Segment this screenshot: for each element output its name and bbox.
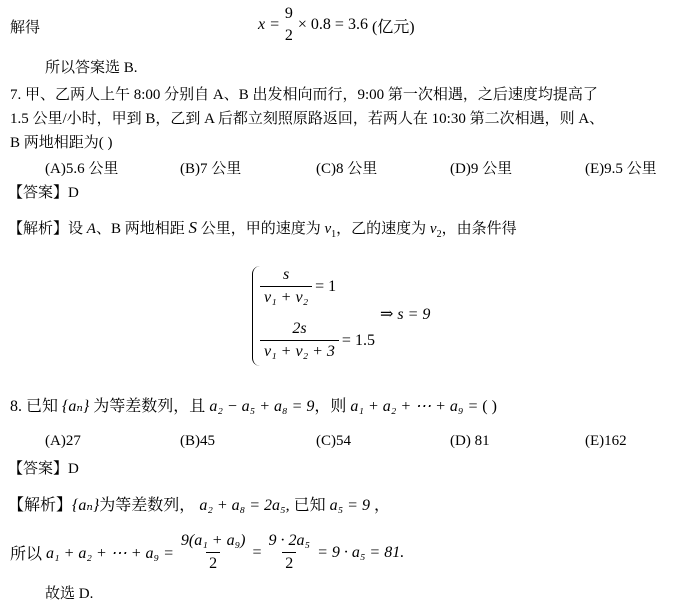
q8-analysis-known: , 已知 xyxy=(286,497,326,514)
deriv-prefix: 所以 xyxy=(10,541,42,564)
q7-option-a: (A)5.6 公里 xyxy=(45,157,118,178)
q7-analysis: 【解析】设 A、B 两地相距 S 公里，甲的速度为 v1，乙的速度为 v2，由条… xyxy=(8,217,517,240)
analysis-mid3: ，乙的速度为 xyxy=(336,221,430,237)
q8-analysis-mid: 为等差数列， xyxy=(99,497,195,514)
q8-analysis-eq: a₂ + a₈ = 2a₅ xyxy=(199,497,285,514)
eq2-rhs: = 1.5 xyxy=(342,332,375,350)
q7-line3: B 两地相距为( ) xyxy=(10,131,113,152)
eq1-rhs: = 1 xyxy=(315,278,336,296)
q8-target: a₁ + a₂ + ⋯ + a₉ = xyxy=(350,398,478,415)
q8-option-e: (E)162 xyxy=(585,433,627,450)
deriv-f1-num: 9(a₁ + a₉) xyxy=(178,530,249,552)
eq-lhs: x = xyxy=(258,16,280,34)
q7-answer: 【答案】D xyxy=(8,181,79,202)
q8-derivation: 所以 a₁ + a₂ + ⋯ + a₉ = 9(a₁ + a₉) 2 = 9 ·… xyxy=(10,530,404,575)
q8-stem: 8. 已知 {aₙ} 为等差数列，且 a₂ − a₅ + a₈ = 9，则 a₁… xyxy=(10,393,497,416)
q8-analysis-known-eq: a₅ = 9 xyxy=(330,497,370,514)
deriv-rest: = 9 · a₅ = 81. xyxy=(317,544,404,562)
analysis-mid2: 公里，甲的速度为 xyxy=(197,221,325,237)
q8-analysis-end: ， xyxy=(374,497,390,514)
q8-answer: 【答案】D xyxy=(8,457,79,478)
eq1-num: s xyxy=(280,264,292,286)
eq-unit: (亿元) xyxy=(372,14,415,37)
q8-option-a: (A)27 xyxy=(45,433,81,450)
q7-option-d: (D)9 公里 xyxy=(450,157,512,178)
deriv-f1-den: 2 xyxy=(206,552,220,575)
system-eq1: s v₁ + v₂ = 1 xyxy=(260,264,336,309)
deriv-f2-num: 9 · 2a₅ xyxy=(266,530,314,552)
q8-condition: a₂ − a₅ + a₈ = 9 xyxy=(209,398,314,415)
q8-mid2: ，则 xyxy=(314,398,346,415)
var-a: A xyxy=(87,221,96,237)
q8-blank: ( ) xyxy=(482,398,497,415)
q8-seq: {aₙ} xyxy=(62,398,89,415)
equation-x: x = 9 2 × 0.8 = 3.6 (亿元) xyxy=(258,3,415,47)
analysis-mid1: 、B 两地相距 xyxy=(96,221,189,237)
deriv-eq: = xyxy=(252,544,261,562)
frac-num: 9 xyxy=(282,3,296,25)
analysis-prefix: 【解析】设 xyxy=(8,221,87,237)
deriv-f2-den: 2 xyxy=(282,552,296,575)
analysis-suffix: ，由条件得 xyxy=(442,221,517,237)
q8-option-b: (B)45 xyxy=(180,433,215,450)
q8-prefix: 8. 已知 xyxy=(10,398,58,415)
q7-line2: 1.5 公里/小时，甲到 B，乙到 A 后都立刻照原路返回，若两人在 10:30… xyxy=(10,107,604,128)
eq2-num: 2s xyxy=(289,318,309,340)
q8-analysis-seq: {aₙ} xyxy=(72,497,99,514)
eq2-den: v₁ + v₂ + 3 xyxy=(260,340,339,363)
q8-option-c: (C)54 xyxy=(316,433,351,450)
q8-mid: 为等差数列，且 xyxy=(93,398,205,415)
q8-option-d: (D) 81 xyxy=(450,433,490,450)
q7-option-e: (E)9.5 公里 xyxy=(585,157,657,178)
q8-analysis: 【解析】{aₙ}为等差数列， a₂ + a₈ = 2a₅, 已知 a₅ = 9 … xyxy=(8,492,390,515)
q8-conclusion: 故选 D. xyxy=(45,582,93,603)
q7-line1: 7. 甲、乙两人上午 8:00 分别自 A、B 出发相向而行，9:00 第一次相… xyxy=(10,83,598,104)
eq1-den: v₁ + v₂ xyxy=(260,286,312,309)
deriv-lhs: a₁ + a₂ + ⋯ + a₉ = xyxy=(46,543,174,563)
eq-rest: × 0.8 = 3.6 xyxy=(298,16,368,34)
q8-analysis-prefix: 【解析】 xyxy=(8,497,72,514)
q7-option-b: (B)7 公里 xyxy=(180,157,241,178)
frac-den: 2 xyxy=(282,25,296,47)
q7-option-c: (C)8 公里 xyxy=(316,157,377,178)
var-s: S xyxy=(188,218,197,237)
conclusion-b: 所以答案选 B. xyxy=(45,56,138,77)
system-result: ⇒ s = 9 xyxy=(380,304,430,324)
var-v2: v xyxy=(430,221,437,237)
solution-label: 解得 xyxy=(10,16,40,37)
system-eq2: 2s v₁ + v₂ + 3 = 1.5 xyxy=(260,318,375,363)
